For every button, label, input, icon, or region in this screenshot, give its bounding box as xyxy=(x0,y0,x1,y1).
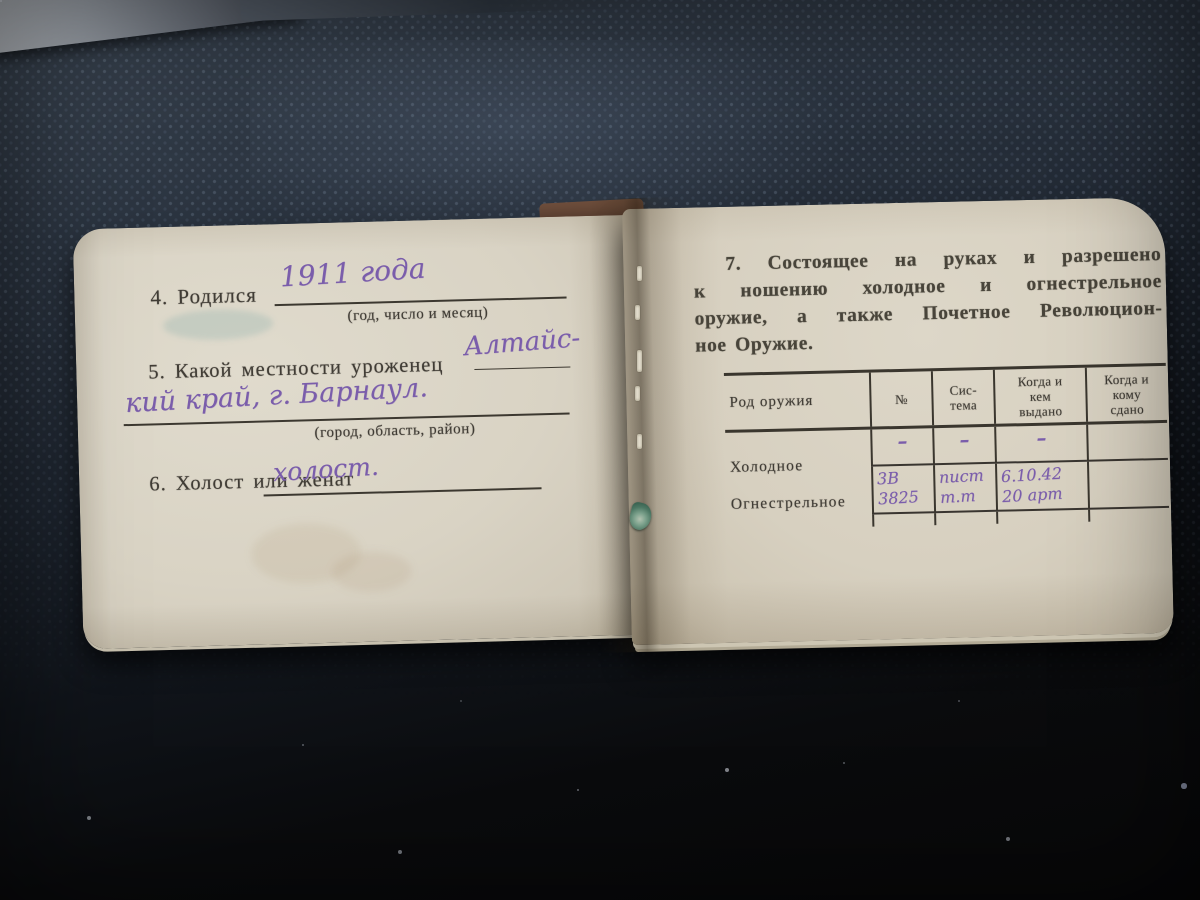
weapons-table: Род оружия № Сис- тема Когда и кем выдан… xyxy=(724,363,1169,530)
field-5-birthplace-value-part1: Алтайс- xyxy=(463,323,581,362)
header-when-surrendered: Когда и кому сдано xyxy=(1085,366,1167,422)
photo-weapon-permit-booklet: { "colors": { "paper": "#d9d3c4", "print… xyxy=(0,0,1200,900)
weapons-table-header: Род оружия № Сис- тема Когда и кем выдан… xyxy=(724,363,1167,433)
firearm-number-line2: 3825 xyxy=(878,486,933,509)
stitch-mark xyxy=(635,386,640,401)
stitch-mark xyxy=(637,350,642,372)
cold-weapon-system-cell: – xyxy=(932,427,995,465)
stitch-mark xyxy=(635,305,640,320)
header-weapon-type-text: Род оружия xyxy=(729,392,869,410)
cold-weapon-surrendered-value xyxy=(1088,425,1167,427)
firearm-label-cell: Огнестрельное xyxy=(726,467,872,518)
stub-cell xyxy=(727,515,872,530)
stub-cell xyxy=(872,513,934,526)
field-7-paragraph: 7. Состоящее на руках и разрешено к ноше… xyxy=(693,241,1163,360)
cold-weapon-issued-cell: – xyxy=(994,425,1087,464)
firearm-issued-line2: 20 арт xyxy=(1002,482,1087,507)
ink-smudge xyxy=(163,308,274,341)
cold-weapon-issued-value: – xyxy=(996,427,1086,449)
field-4-birth-year-value: 1911 года xyxy=(279,252,426,294)
left-page: 4. Родился 1911 года (год, число и месяц… xyxy=(73,215,647,650)
header-number-text: № xyxy=(871,391,931,407)
firearm-issued-cell: 6.10.42 20 арт xyxy=(995,462,1088,512)
firearm-surrendered-value xyxy=(1089,462,1168,464)
header-issued-line3: выдано xyxy=(996,402,1086,419)
cold-weapon-system-value: – xyxy=(934,429,994,450)
header-number: № xyxy=(869,371,932,426)
header-when-issued: Когда и кем выдано xyxy=(993,368,1086,424)
field-6-marital-status-value: холост. xyxy=(272,452,379,487)
firearm-system-cell: пист т.т xyxy=(933,464,996,513)
stub-cell xyxy=(934,512,996,525)
firearm-surrendered-cell xyxy=(1087,460,1169,510)
paper-stain xyxy=(331,551,412,593)
firearm-system-line2: т.т xyxy=(940,485,995,508)
stub-cell xyxy=(1088,508,1169,522)
header-system-line2: тема xyxy=(933,397,993,413)
stitch-mark xyxy=(637,266,642,281)
header-weapon-type: Род оружия xyxy=(724,373,870,430)
header-system: Сис- тема xyxy=(931,370,994,425)
stitch-mark xyxy=(637,434,642,449)
field-4-label: 4. Родился xyxy=(150,283,257,311)
cold-weapon-surrendered-cell xyxy=(1086,423,1168,462)
field-5-short-line xyxy=(474,366,570,370)
lint-specks xyxy=(0,0,2,2)
right-page: 7. Состоящее на руках и разрешено к ноше… xyxy=(622,197,1174,645)
header-surrendered-line3: сдано xyxy=(1088,400,1167,417)
header-system-line1: Сис- xyxy=(933,382,993,398)
cold-weapon-number-value: – xyxy=(872,430,932,451)
cold-weapon-number-cell: – xyxy=(870,428,933,466)
field-4-caption: (год, число и месяц) xyxy=(283,303,553,327)
field-5-caption: (город, область, район) xyxy=(250,419,540,444)
cold-weapon-label-cell: Холодное xyxy=(725,430,871,470)
firearm-number-cell: 3В 3825 xyxy=(871,465,934,514)
firearm-label: Огнестрельное xyxy=(731,493,846,514)
stub-cell xyxy=(996,510,1088,524)
